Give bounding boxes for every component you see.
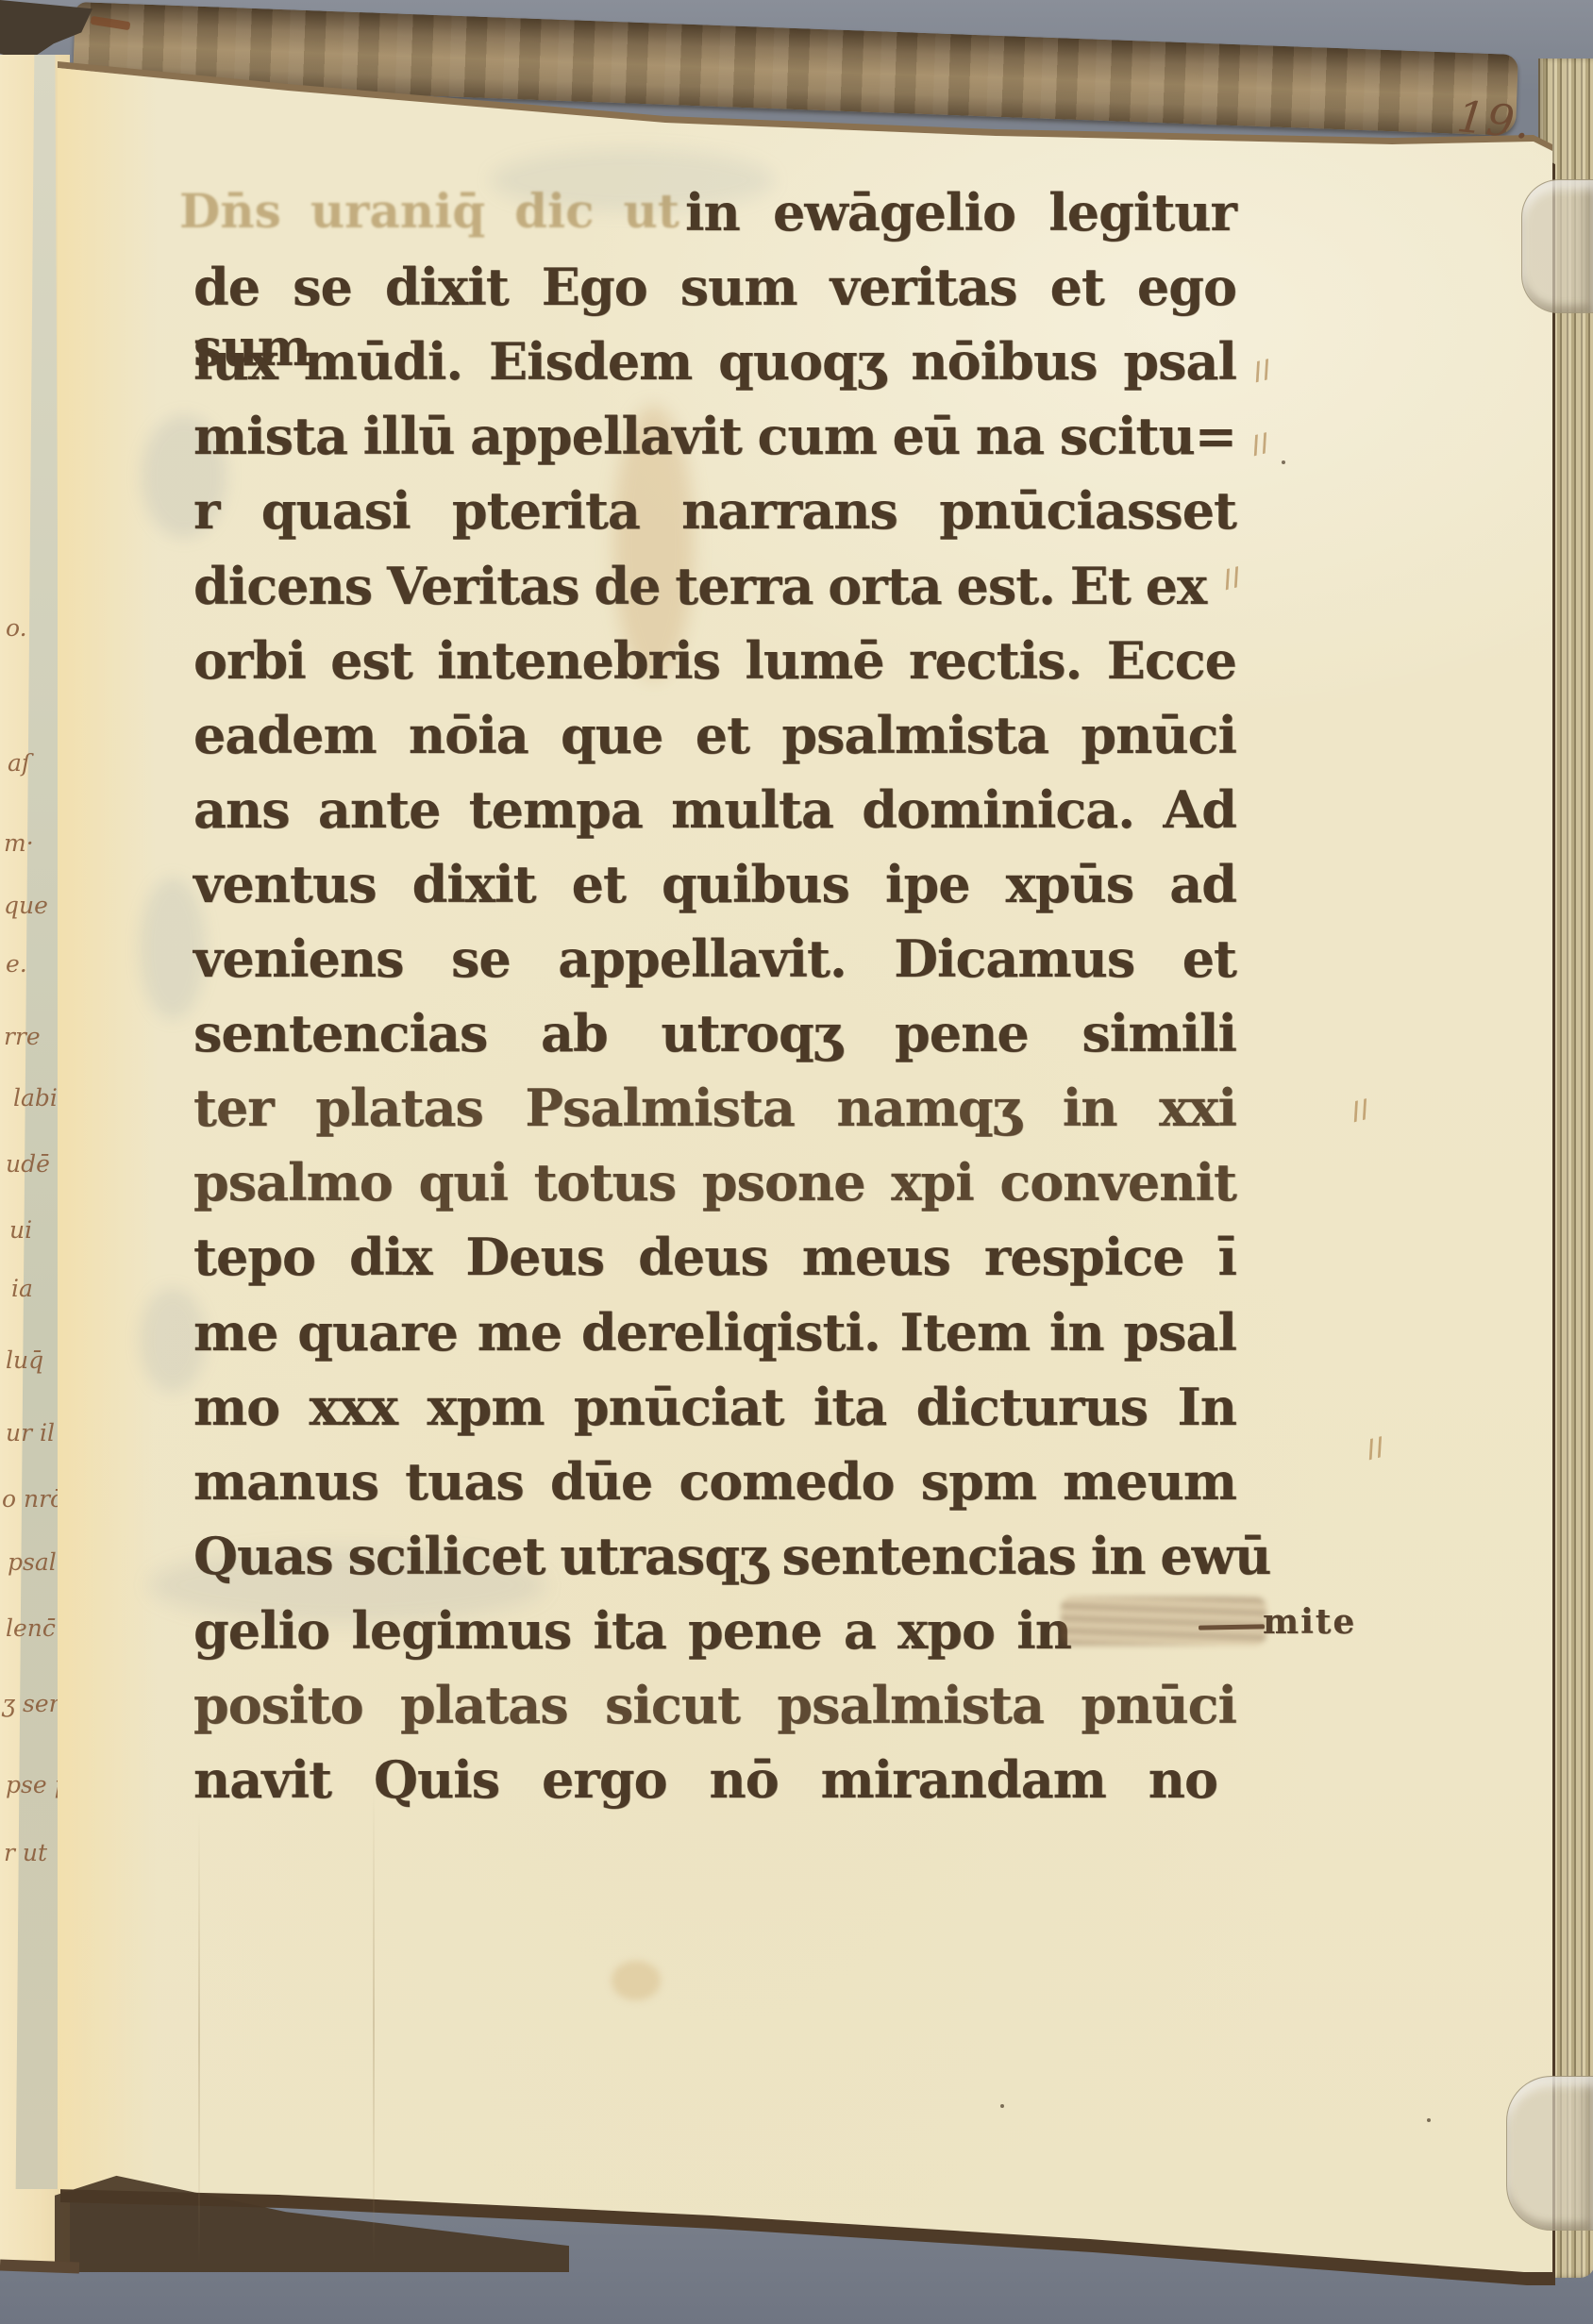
underpage-fragment: udē [6,1151,50,1178]
manuscript-line: gelio legimus ita pene a xpo in [193,1600,1071,1661]
manuscript-line: ter platas Psalmista namqʒ in xxi [193,1078,1236,1138]
underpage-fragment: r ut [4,1840,47,1866]
faded-heading-line: Dn̄s uraniq̄ dic ut [179,182,679,241]
ink-speck [1000,2104,1004,2108]
manuscript-line: tepo dix Deus deus meus respice ī [193,1227,1236,1287]
manuscript-line: mo xxx xpm pnūciat ita dicturus In [193,1377,1236,1437]
manuscript-line: orbi est intenebris lumē rectis. Ecce [193,630,1236,691]
manuscript-line: ventus dixit et quibus ipe xpūs ad [193,854,1236,914]
underpage-fragment: ia [11,1276,33,1302]
manuscript-line: ans ante tempa multa dominica. Ad [193,779,1236,840]
index-tab-top [1521,179,1593,313]
underpage-fragment: psal [8,1549,57,1576]
manuscript-line: navit Quis ergo nō mirandam no [193,1749,1217,1810]
manuscript-line: veniens se appellavit. Dicamus et [193,928,1236,989]
manuscript-line: mista illū appellavit cum eū na scitu= [193,406,1236,466]
folio-number: 19. [1454,91,1534,149]
underpage-fragment: lenc̄. [6,1615,63,1642]
manuscript-line: manus tuas dūe comedo spm meum [193,1451,1236,1512]
underpage-fragment: aſ [8,750,30,777]
underpage-fragment: que [4,893,48,919]
ink-speck [1427,2118,1431,2122]
manuscript-line: lux mūdi. Eisdem quoqʒ nōibus psal [193,331,1236,392]
index-tab-bottom [1506,2076,1593,2231]
parchment-crease [198,1812,200,2265]
ink-speck [1282,460,1285,464]
manuscript-line: sentencias ab utroqʒ pene simili [193,1003,1236,1063]
underpage-fragment: rre [4,1024,41,1050]
underpage-fragment: e. [6,951,27,978]
underpage-fragment: ui [9,1217,32,1244]
manuscript-line: posito platas sicut psalmista pnūci [193,1675,1236,1735]
manuscript-line: in ewāgelio legitur [685,182,1236,242]
manuscript-line: psalmo qui totus psone xpi convenit [193,1152,1236,1212]
manuscript-line: dicens Veritas de terra orta est. Et ex [193,556,1206,616]
manuscript-line: r quasi pterita narrans pnūciasset [193,480,1236,541]
underpage-fragment: ur il [6,1420,55,1446]
underpage-fragment: m· [4,830,34,857]
manuscript-line: me quare me dereliqisti. Item in psal [193,1302,1236,1363]
ink-speck [830,2232,834,2235]
erased-word-smudge [1061,1597,1266,1646]
manuscript-photo: o.aſm·quee.rrelabiaudēuiialuq̄ur ilo nrō… [0,0,1593,2324]
parchment-crease [373,1783,375,2265]
manuscript-line: eadem nōia que et psalmista pnūci [193,705,1236,765]
manuscript-line: Quas scilicet utrasqʒ sentencias in ewū [193,1526,1270,1586]
underpage-fragment: o nrō [2,1486,64,1513]
underpage-fragment: luq̄ [6,1347,43,1374]
margin-note: mite [1263,1602,1356,1642]
underpage-fragment: o. [6,615,27,642]
